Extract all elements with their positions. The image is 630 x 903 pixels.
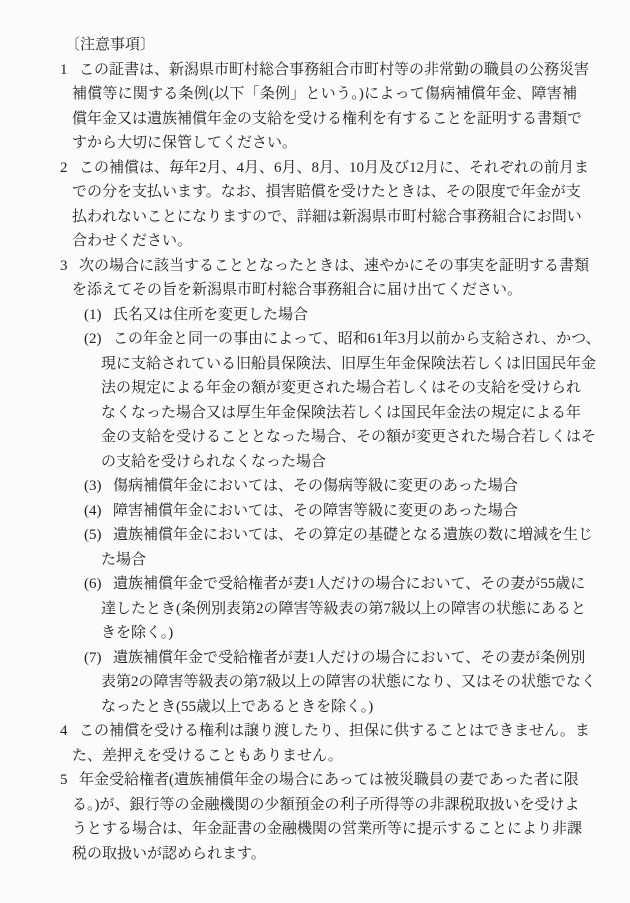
line-text: この年金と同一の事由によって、昭和61年3月以前から支給され、かつ、: [113, 331, 601, 347]
text-line: (1)氏名又は住所を変更した場合: [0, 303, 630, 328]
text-line: た、差押えを受けることもありません。: [0, 744, 630, 769]
text-line: 5年金受給権者(遺族補償年金の場合にあっては被災職員の妻であった者に限: [0, 768, 630, 793]
text-line: 4この補償を受ける権利は譲り渡したり、担保に供することはできません。ま: [0, 719, 630, 744]
line-text: この補償を受ける権利は譲り渡したり、担保に供することはできません。ま: [79, 723, 590, 739]
item-number: 2: [60, 156, 79, 181]
item-number: (3): [84, 474, 113, 499]
notice-subitem: (6)遺族補償年金で受給権者が妻1人だけの場合において、その妻が55歳に達したと…: [0, 572, 630, 646]
text-line: を添えてその旨を新潟県市町村総合事務組合に届け出てください。: [0, 278, 630, 303]
notice-item: 4この補償を受ける権利は譲り渡したり、担保に供することはできません。また、差押え…: [0, 719, 630, 768]
document-title: 〔注意事項〕: [0, 33, 630, 58]
text-line: での分を支払います。なお、損害賠償を受けたときは、その限度で年金が支: [0, 180, 630, 205]
line-text: 遺族補償年金で受給権者が妻1人だけの場合において、その妻が条例別: [113, 650, 585, 666]
notice-subitem: (3)傷病補償年金においては、その傷病等級に変更のあった場合: [0, 474, 630, 499]
line-text: 遺族補償年金においては、その算定の基礎となる遺族の数に増減を生じ: [113, 527, 593, 543]
text-line: 払われないことになりますので、詳細は新潟県市町村総合事務組合にお問い: [0, 205, 630, 230]
item-number: (4): [84, 499, 113, 524]
notice-subitem: (5)遺族補償年金においては、その算定の基礎となる遺族の数に増減を生じた場合: [0, 523, 630, 572]
text-line: 達したとき(条例別表第2の障害等級表の第7級以上の障害の状態にあると: [0, 597, 630, 622]
item-number: 5: [60, 768, 79, 793]
item-number: (5): [84, 523, 113, 548]
text-line: 税の取扱いが認められます。: [0, 842, 630, 867]
document-page: 〔注意事項〕 1この証書は、新潟県市町村総合事務組合市町村等の非常勤の職員の公務…: [0, 0, 630, 903]
item-number: (1): [84, 303, 113, 328]
notice-subitem: (2)この年金と同一の事由によって、昭和61年3月以前から支給され、かつ、現に支…: [0, 327, 630, 474]
notice-subitem: (7)遺族補償年金で受給権者が妻1人だけの場合において、その妻が条例別表第2の障…: [0, 646, 630, 720]
text-line: うとする場合は、年金証書の金融機関の営業所等に提示することにより非課: [0, 817, 630, 842]
line-text: この補償は、毎年2月、4月、6月、8月、10月及び12月に、それぞれの前月ま: [79, 160, 589, 176]
text-line: 表第2の障害等級表の第7級以上の障害の状態になり、又はその状態でなく: [0, 670, 630, 695]
text-line: の支給を受けられなくなった場合: [0, 450, 630, 475]
line-text: 障害補償年金においては、その障害等級に変更のあった場合: [113, 503, 518, 519]
text-line: (5)遺族補償年金においては、その算定の基礎となる遺族の数に増減を生じ: [0, 523, 630, 548]
item-number: 1: [60, 58, 79, 83]
text-line: すから大切に保管してください。: [0, 131, 630, 156]
text-line: (4)障害補償年金においては、その障害等級に変更のあった場合: [0, 499, 630, 524]
notice-item: 5年金受給権者(遺族補償年金の場合にあっては被災職員の妻であった者に限る。)が、…: [0, 768, 630, 866]
text-line: 金の支給を受けることとなった場合、その額が変更された場合若しくはそ: [0, 425, 630, 450]
text-line: (3)傷病補償年金においては、その傷病等級に変更のあった場合: [0, 474, 630, 499]
item-number: 4: [60, 719, 79, 744]
text-line: 償年金又は遺族補償年金の支給を受ける権利を有することを証明する書類で: [0, 107, 630, 132]
notice-item: 2この補償は、毎年2月、4月、6月、8月、10月及び12月に、それぞれの前月まで…: [0, 156, 630, 254]
document-body: 1この証書は、新潟県市町村総合事務組合市町村等の非常勤の職員の公務災害補償等に関…: [0, 58, 630, 867]
text-line: 1この証書は、新潟県市町村総合事務組合市町村等の非常勤の職員の公務災害: [0, 58, 630, 83]
text-line: 補償等に関する条例(以下「条例」という。)によって傷病補償年金、障害補: [0, 82, 630, 107]
text-line: 3次の場合に該当することとなったときは、速やかにその事実を証明する書類: [0, 254, 630, 279]
item-number: (2): [84, 327, 113, 352]
text-line: 合わせください。: [0, 229, 630, 254]
text-line: (6)遺族補償年金で受給権者が妻1人だけの場合において、その妻が55歳に: [0, 572, 630, 597]
notice-item: 3次の場合に該当することとなったときは、速やかにその事実を証明する書類を添えてそ…: [0, 254, 630, 303]
line-text: 傷病補償年金においては、その傷病等級に変更のあった場合: [113, 478, 518, 494]
item-number: (6): [84, 572, 113, 597]
line-text: 年金受給権者(遺族補償年金の場合にあっては被災職員の妻であった者に限: [79, 772, 579, 788]
line-text: この証書は、新潟県市町村総合事務組合市町村等の非常勤の職員の公務災害: [79, 62, 589, 78]
line-text: 次の場合に該当することとなったときは、速やかにその事実を証明する書類: [79, 258, 589, 274]
notice-subitem: (4)障害補償年金においては、その障害等級に変更のあった場合: [0, 499, 630, 524]
text-line: 現に支給されている旧船員保険法、旧厚生年金保険法若しくは旧国民年金: [0, 352, 630, 377]
line-text: 遺族補償年金で受給権者が妻1人だけの場合において、その妻が55歳に: [113, 576, 585, 592]
text-line: た場合: [0, 548, 630, 573]
text-line: なくなった場合又は厚生年金保険法若しくは国民年金法の規定による年: [0, 401, 630, 426]
text-line: (2)この年金と同一の事由によって、昭和61年3月以前から支給され、かつ、: [0, 327, 630, 352]
text-line: 2この補償は、毎年2月、4月、6月、8月、10月及び12月に、それぞれの前月ま: [0, 156, 630, 181]
text-line: 法の規定による年金の額が変更された場合若しくはその支給を受けられ: [0, 376, 630, 401]
text-line: なったとき(55歳以上であるときを除く。): [0, 695, 630, 720]
item-number: (7): [84, 646, 113, 671]
notice-item: 1この証書は、新潟県市町村総合事務組合市町村等の非常勤の職員の公務災害補償等に関…: [0, 58, 630, 156]
text-line: (7)遺族補償年金で受給権者が妻1人だけの場合において、その妻が条例別: [0, 646, 630, 671]
notice-subitem: (1)氏名又は住所を変更した場合: [0, 303, 630, 328]
line-text: 氏名又は住所を変更した場合: [113, 307, 308, 323]
text-line: る。)が、銀行等の金融機関の少額預金の利子所得等の非課税取扱いを受けよ: [0, 793, 630, 818]
text-line: きを除く。): [0, 621, 630, 646]
item-number: 3: [60, 254, 79, 279]
